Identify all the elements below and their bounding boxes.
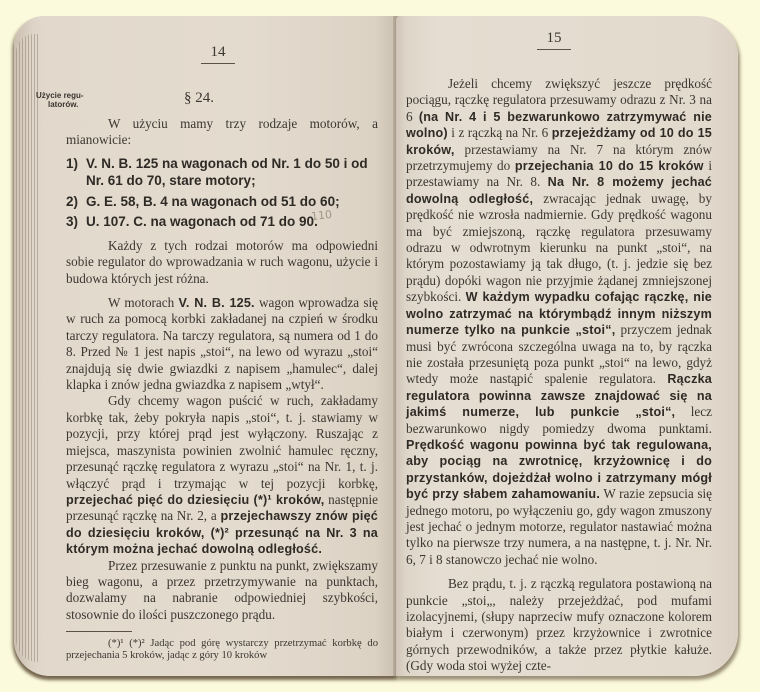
margin-note-line: latorów.: [36, 100, 84, 109]
page-number-right: 15: [524, 30, 584, 50]
margin-note-line: Użycie regu-: [36, 91, 84, 100]
list-text: V. N. B. 125 na wagonach od Nr. 1 do 50 …: [86, 156, 368, 171]
paragraph: Bez prądu, t. j. z rączką regulatora pos…: [406, 576, 712, 674]
list-number: 3): [66, 213, 86, 230]
margin-note: Użycie regu- latorów.: [36, 91, 84, 109]
paragraph: Każdy z tych rodzai motorów ma odpowiedn…: [66, 238, 378, 287]
footnote: (*)¹ (*)² Jadąc pod górę wystarczy przet…: [66, 638, 378, 662]
list-number: 1): [66, 155, 86, 172]
list-text: U. 107. C. na wagonach od 71 do 90.: [86, 214, 318, 229]
right-page-body: Jeżeli chcemy zwiększyć jeszcze prędkość…: [406, 76, 712, 675]
paragraph: Przez przesuwanie z punktu na punkt, zwi…: [66, 558, 378, 624]
page-edges: [16, 34, 38, 662]
motor-list-item: 1)V. N. B. 125 na wagonach od Nr. 1 do 5…: [66, 155, 378, 189]
list-text: G. E. 58, B. 4 na wagonach od 51 do 60;: [86, 194, 340, 209]
paragraph: W motorach V. N. B. 125. wagon wprowadza…: [66, 295, 378, 393]
intro-paragraph: W użyciu mamy trzy rodzaje motorów, a mi…: [66, 116, 378, 149]
list-number: 2): [66, 193, 86, 210]
motor-list-item: 2)G. E. 58, B. 4 na wagonach od 51 do 60…: [66, 193, 378, 210]
section-heading: § 24.: [184, 90, 214, 107]
page-number-left: 14: [188, 44, 248, 64]
footnote-rule: [66, 631, 132, 632]
right-page: 15 Jeżeli chcemy zwiększyć jeszcze prędk…: [396, 16, 738, 676]
motor-list-item: 3)U. 107. C. na wagonach od 71 do 90.: [66, 213, 378, 230]
open-book: 14 Użycie regu- latorów. § 24. 110 W uży…: [14, 16, 732, 676]
left-page-body: W użyciu mamy trzy rodzaje motorów, a mi…: [66, 116, 378, 662]
left-page: 14 Użycie regu- latorów. § 24. 110 W uży…: [14, 16, 398, 676]
paragraph: Jeżeli chcemy zwiększyć jeszcze prędkość…: [406, 76, 712, 568]
list-text-cont: Nr. 61 do 70, stare motory;: [66, 172, 378, 189]
paragraph: Gdy chcemy wagon puścić w ruch, zakładam…: [66, 393, 378, 557]
